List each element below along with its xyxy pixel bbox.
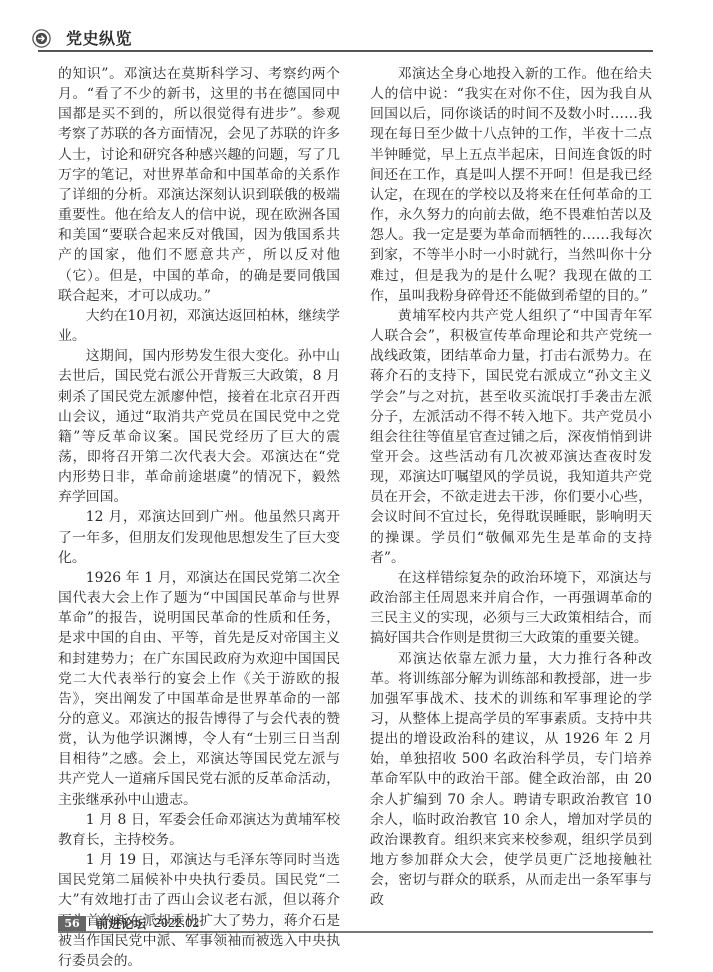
paragraph: 在这样错综复杂的政治环境下，邓演达与政治部主任周恩来并肩合作，一再强调革命的三民… [370, 568, 652, 649]
circled-arrow-right-icon [32, 29, 51, 48]
paragraph: 1926 年 1 月，邓演达在国民党第二次全国代表大会上作了题为“中国国民革命与… [58, 568, 340, 810]
page-number: 56 [58, 916, 86, 931]
paragraph: 1 月 8 日，军委会任命邓演达为黄埔军校教育长，主持校务。 [58, 810, 340, 850]
page-header: 党史纵览 [32, 28, 653, 52]
left-column: 的知识”。邓演达在莫斯科学习、考察约两个月。“看了不少的新书，这里的书在德国同中… [58, 64, 340, 971]
footer-divider [58, 931, 653, 933]
header-divider [38, 50, 653, 52]
paragraph: 1 月 19 日，邓演达与毛泽东等同时当选国民党第二届候补中央执行委员。国民党“… [58, 850, 340, 971]
paragraph: 邓演达全身心地投入新的工作。他在给夫人的信中说：“我实在对你不住，因为我自从回国… [370, 64, 652, 306]
journal-name: 前进论坛 [96, 915, 146, 932]
paragraph: 邓演达依靠左派力量，大力推行各种改革。将训练部分解为训练部和教授部，进一步加强军… [370, 649, 652, 911]
issue-number: 2022.02 [154, 915, 199, 932]
paragraph: 大约在10月初，邓演达返回柏林，继续学业。 [58, 306, 340, 346]
paragraph: 这期间，国内形势发生很大变化。孙中山去世后，国民党右派公开背叛三大政策，8 月刺… [58, 346, 340, 507]
paragraph: 的知识”。邓演达在莫斯科学习、考察约两个月。“看了不少的新书，这里的书在德国同中… [58, 64, 340, 306]
paragraph: 黄埔军校内共产党人组织了“中国青年军人联合会”，积极宣传革命理论和共产党统一战线… [370, 306, 652, 568]
right-column: 邓演达全身心地投入新的工作。他在给夫人的信中说：“我实在对你不住，因为我自从回国… [370, 64, 652, 911]
section-title: 党史纵览 [66, 28, 132, 50]
page-footer: 56 前进论坛 2022.02 [58, 915, 653, 935]
paragraph: 12 月，邓演达回到广州。他虽然只离开了一年多，但朋友们发现他思想发生了巨大变化… [58, 507, 340, 567]
